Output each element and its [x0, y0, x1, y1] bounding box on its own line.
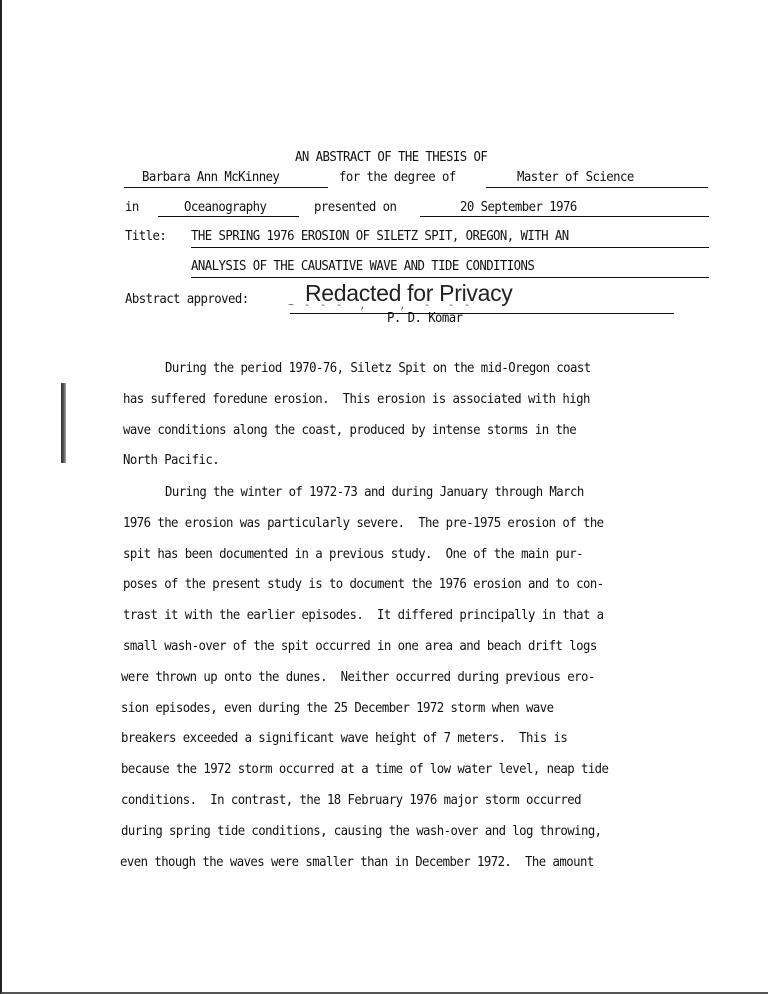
in-label: in — [125, 200, 139, 215]
body-line: has suffered foredune erosion. This eros… — [123, 392, 590, 407]
author-underline — [124, 187, 328, 188]
degree-value: Master of Science — [517, 170, 634, 185]
body-line: During the period 1970-76, Siletz Spit o… — [165, 361, 591, 376]
thesis-title-line-2: ANALYSIS OF THE CAUSATIVE WAVE AND TIDE … — [191, 259, 534, 274]
scanned-page: AN ABSTRACT OF THE THESIS OF Barbara Ann… — [0, 0, 768, 994]
body-line: breakers exceeded a significant wave hei… — [121, 731, 567, 746]
body-line: were thrown up onto the dunes. Neither o… — [121, 670, 595, 685]
body-line: because the 1972 storm occurred at a tim… — [121, 762, 608, 777]
body-line: poses of the present study is to documen… — [123, 577, 604, 592]
document-heading: AN ABSTRACT OF THE THESIS OF — [295, 150, 487, 165]
presentation-date: 20 September 1976 — [460, 200, 577, 215]
field-of-study: Oceanography — [184, 200, 266, 215]
title-underline-1 — [191, 247, 709, 248]
thesis-title-line-1: THE SPRING 1976 EROSION OF SILETZ SPIT, … — [191, 229, 569, 244]
body-line: even though the waves were smaller than … — [120, 855, 594, 870]
body-line: small wash-over of the spit occurred in … — [123, 639, 597, 654]
redaction-notice: Redacted for Privacy — [305, 280, 512, 307]
body-line: trast it with the earlier episodes. It d… — [123, 608, 604, 623]
body-line: North Pacific. — [123, 453, 219, 468]
scan-smudge — [61, 383, 66, 463]
degree-label: for the degree of — [339, 170, 456, 185]
title-underline-2 — [191, 277, 709, 278]
signature-line — [290, 313, 674, 314]
degree-underline — [486, 187, 708, 188]
field-underline — [158, 216, 299, 217]
date-underline — [420, 216, 709, 217]
approver-name: P. D. Komar — [387, 311, 463, 326]
approved-label: Abstract approved: — [125, 292, 249, 307]
body-line: 1976 the erosion was particularly severe… — [123, 516, 604, 531]
body-line: during spring tide conditions, causing t… — [121, 824, 602, 839]
body-line: During the winter of 1972-73 and during … — [165, 485, 584, 500]
body-line: spit has been documented in a previous s… — [123, 547, 583, 562]
body-line: sion episodes, even during the 25 Decemb… — [121, 701, 554, 716]
body-line: conditions. In contrast, the 18 February… — [121, 793, 581, 808]
author-name: Barbara Ann McKinney — [142, 170, 279, 185]
title-label: Title: — [125, 229, 166, 244]
presented-label: presented on — [314, 200, 396, 215]
body-line: wave conditions along the coast, produce… — [123, 423, 576, 438]
